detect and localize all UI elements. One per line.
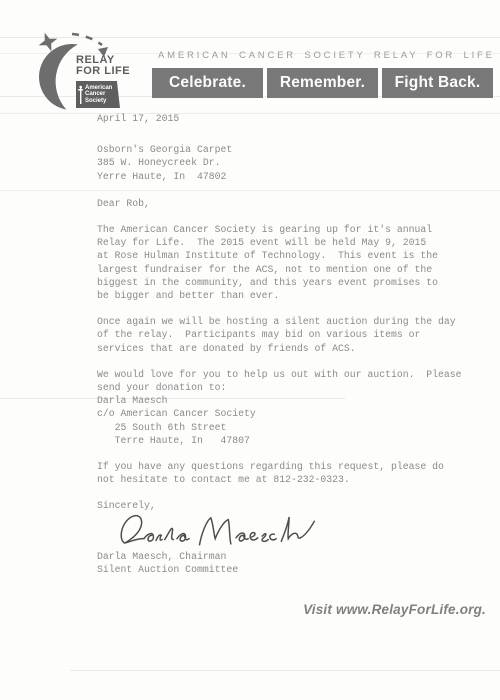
relay-for-life-logo: RELAY FOR LIFE American Cancer Society <box>34 26 154 121</box>
tagline-celebrate: Celebrate. <box>152 68 263 98</box>
signer-identification: Darla Maesch, Chairman Silent Auction Co… <box>97 550 477 576</box>
salutation: Dear Rob, <box>97 197 477 210</box>
recipient-address: Osborn's Georgia Carpet 385 W. Honeycree… <box>97 143 477 183</box>
sword-of-hope-icon <box>76 85 85 105</box>
letter-body: April 17, 2015 Osborn's Georgia Carpet 3… <box>97 112 477 576</box>
handwritten-signature <box>99 510 334 550</box>
acs-logo: American Cancer Society <box>76 81 120 108</box>
banner-title: AMERICAN CANCER SOCIETY RELAY FOR LIFE <box>158 50 498 61</box>
scan-artifact <box>70 670 500 671</box>
acs-logo-text: American Cancer Society <box>85 85 112 105</box>
tagline-fight-back: Fight Back. <box>382 68 493 98</box>
tagline-banner: Celebrate. Remember. Fight Back. <box>152 68 493 98</box>
body-paragraph-3: We would love for you to help us out wit… <box>97 368 477 447</box>
logo-wordmark: RELAY FOR LIFE <box>76 55 130 76</box>
body-paragraph-4: If you have any questions regarding this… <box>97 460 477 486</box>
letter-date: April 17, 2015 <box>97 112 477 125</box>
body-paragraph-2: Once again we will be hosting a silent a… <box>97 315 477 355</box>
tagline-remember: Remember. <box>267 68 378 98</box>
footer-website-text: Visit www.RelayForLife.org. <box>303 602 486 617</box>
body-paragraph-1: The American Cancer Society is gearing u… <box>97 223 477 302</box>
scanned-letter-page: RELAY FOR LIFE American Cancer Society A… <box>0 0 500 700</box>
